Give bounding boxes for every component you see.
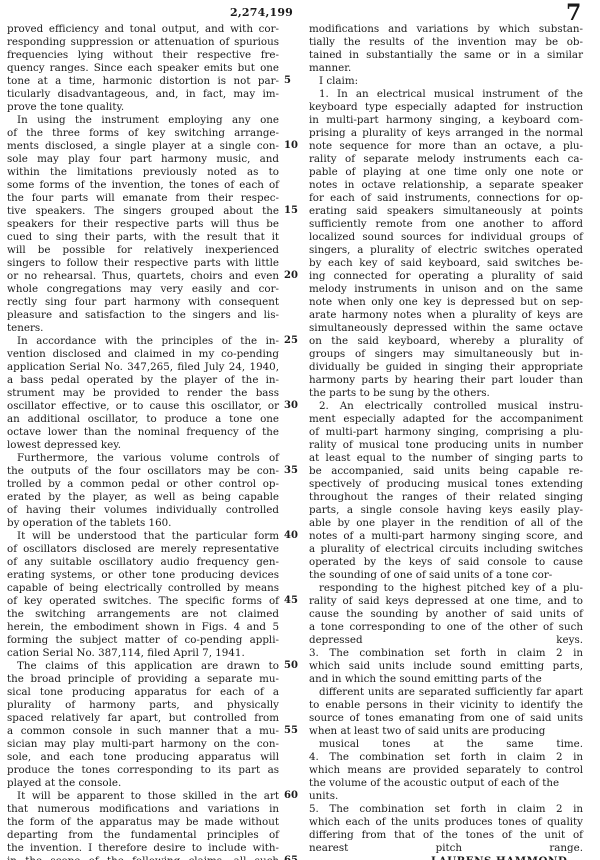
line-number: 60: [284, 790, 298, 801]
line-number: 30: [284, 400, 298, 411]
text-line: localized sound sources for individual g…: [309, 231, 583, 244]
text-line: octave lower than the nominal frequency …: [7, 426, 279, 439]
text-line: simultaneously depressed within the same…: [309, 322, 583, 335]
text-line: or no rehearsal. Thus, quartets, choirs …: [7, 270, 279, 283]
line-number: 45: [284, 595, 298, 606]
text-line: different units are separated sufficient…: [309, 686, 583, 699]
text-line: note sequence for more than an octave, a…: [309, 140, 583, 153]
patent-number: 2,274,199: [230, 6, 293, 19]
text-line: of oscillators disclosed are merely repr…: [7, 543, 279, 556]
text-line: when at least two of said units are prod…: [309, 725, 583, 738]
text-line: speakers for their respective parts will…: [7, 218, 279, 231]
text-line: able by one player in the rendition of a…: [309, 517, 583, 530]
text-line: sufficiently remote from one another to …: [309, 218, 583, 231]
text-line: rectly sing four part harmony with conse…: [7, 296, 279, 309]
text-line: tially the results of the invention may …: [309, 36, 583, 49]
text-line: herein, the embodiment shown in Figs. 4 …: [7, 621, 279, 634]
text-line: spaced relatively far apart, but control…: [7, 712, 279, 725]
text-line: cause the sounding by another of said un…: [309, 608, 583, 621]
text-line: source of tones emanating from one of sa…: [309, 712, 583, 725]
text-line: teners.: [7, 322, 279, 335]
line-number: 5: [284, 75, 291, 86]
text-line: played at the console.: [7, 777, 279, 790]
text-line: harmony parts by hearing their part loud…: [309, 374, 583, 387]
text-line: dividually be guided in singing their ap…: [309, 361, 583, 374]
text-line: singers to follow their respective parts…: [7, 257, 279, 270]
text-line: prove the tone quality.: [7, 101, 279, 114]
text-line: depressed keys.: [309, 634, 583, 647]
text-line: 2. An electrically controlled musical in…: [309, 400, 583, 413]
text-line: within the limitations previously noted …: [7, 166, 279, 179]
text-line: the broad principle of providing a separ…: [7, 673, 279, 686]
text-line: responding suppression or attenuation of…: [7, 36, 279, 49]
text-line: which each of the units produces tones o…: [309, 816, 583, 829]
text-line: spectively of producing musical tones ex…: [309, 478, 583, 491]
text-line: vention disclosed and claimed in my co-p…: [7, 348, 279, 361]
text-line: trolled by a common pedal or other contr…: [7, 478, 279, 491]
text-line: 1. In an electrical musical instrument o…: [309, 88, 583, 101]
text-line: tive speakers. The singers grouped about…: [7, 205, 279, 218]
text-line: It will be apparent to those skilled in …: [7, 790, 279, 803]
text-line: the sounding of one of said units of a t…: [309, 569, 583, 582]
text-line: oscillator effective, or to cause this o…: [7, 400, 279, 413]
text-line: erating said speakers simultaneously at …: [309, 205, 583, 218]
text-line: to enable persons in their vicinity to i…: [309, 699, 583, 712]
text-line: tone at a time, harmonic distortion is n…: [7, 75, 279, 88]
text-line: a bass pedal operated by the player of t…: [7, 374, 279, 387]
text-line: units.: [309, 790, 583, 803]
text-line: of key operated switches. The specific f…: [7, 595, 279, 608]
text-line: the outputs of the four oscillators may …: [7, 465, 279, 478]
text-line: pable of playing at one time only one no…: [309, 166, 583, 179]
text-line: capable of being electrically controlled…: [7, 582, 279, 595]
text-line: It will be understood that the particula…: [7, 530, 279, 543]
text-line: sical tone producing apparatus for each …: [7, 686, 279, 699]
text-line: of having their volumes individually con…: [7, 504, 279, 517]
text-line: some forms of the invention, the tones o…: [7, 179, 279, 192]
text-line: and in which the sound emitting parts of…: [309, 673, 583, 686]
text-line: 3. The combination set forth in claim 2 …: [309, 647, 583, 660]
text-line: parts, a single console having keys easi…: [309, 504, 583, 517]
text-line: the parts to be sung by the others.: [309, 387, 583, 400]
text-line: produce the tones corresponding to its p…: [7, 764, 279, 777]
text-line: tained in substantially the same or in a…: [309, 49, 583, 62]
text-line: be accompanied, said units being capable…: [309, 465, 583, 478]
line-number: 15: [284, 205, 298, 216]
text-line: prising a plurality of keys arranged in …: [309, 127, 583, 140]
text-line: in multi-part harmony singing, a keyboar…: [309, 114, 583, 127]
text-line: in the scope of the following claims, al…: [7, 855, 279, 860]
text-line: which said units include sound emitting …: [309, 660, 583, 673]
text-line: ing connected for operating a plurality …: [309, 270, 583, 283]
text-line: the switching arrangements are not claim…: [7, 608, 279, 621]
text-line: lowest depressed key.: [7, 439, 279, 452]
text-line: the form of the apparatus may be made wi…: [7, 816, 279, 829]
text-line: on the said keyboard, whereby a pluralit…: [309, 335, 583, 348]
text-line: Furthermore, the various volume controls…: [7, 452, 279, 465]
text-line: keyboard type especially adapted for ins…: [309, 101, 583, 114]
text-line: rality of separate melody instruments ea…: [309, 153, 583, 166]
line-number: 25: [284, 335, 298, 346]
text-line: differing from that of the tones of the …: [309, 829, 583, 842]
text-line: of any suitable oscillatory audio freque…: [7, 556, 279, 569]
text-line: 4. The combination set forth in claim 2 …: [309, 751, 583, 764]
line-number: 50: [284, 660, 298, 671]
inventor-signature: LAURENS HAMMOND.: [309, 855, 583, 860]
text-line: a plurality of electrical circuits inclu…: [309, 543, 583, 556]
text-line: throughout the ranges of their related s…: [309, 491, 583, 504]
text-line: ticularly disadvantageous, and, in fact,…: [7, 88, 279, 101]
text-line: pleasure and satisfaction to the singers…: [7, 309, 279, 322]
right-column: modifications and variations by which su…: [309, 23, 583, 860]
text-line: quency ranges. Since each speaker emits …: [7, 62, 279, 75]
text-line: erating systems, or other tone producing…: [7, 569, 279, 582]
text-line: for each of said instruments, connection…: [309, 192, 583, 205]
text-line: responding to the highest pitched key of…: [309, 582, 583, 595]
text-line: an additional oscillator, to produce a t…: [7, 413, 279, 426]
text-line: by operation of the tablets 160.: [7, 517, 279, 530]
line-number: 40: [284, 530, 298, 541]
text-line: by each key of said keyboard, said switc…: [309, 257, 583, 270]
text-line: groups of singers may simultaneously but…: [309, 348, 583, 361]
line-number: 20: [284, 270, 298, 281]
page-header: 2,274,199 7: [0, 0, 600, 22]
text-line: will be possible for relatively inexperi…: [7, 244, 279, 257]
text-line: the volume of the acoustic output of eac…: [309, 777, 583, 790]
text-line: whole congregations may very easily and …: [7, 283, 279, 296]
text-line: a common console in such manner that a m…: [7, 725, 279, 738]
text-line: modifications and variations by which su…: [309, 23, 583, 36]
text-line: cued to sing their parts, with the resul…: [7, 231, 279, 244]
text-line: plurality of harmony parts, and physical…: [7, 699, 279, 712]
text-line: musical tones at the same time.: [309, 738, 583, 751]
text-line: arate harmony notes when a plurality of …: [309, 309, 583, 322]
line-number: 55: [284, 725, 298, 736]
text-line: 5. The combination set forth in claim 2 …: [309, 803, 583, 816]
text-line: The claims of this application are drawn…: [7, 660, 279, 673]
text-line: departing from the fundamental principle…: [7, 829, 279, 842]
text-line: application Serial No. 347,265, filed Ju…: [7, 361, 279, 374]
text-line: rality of said keys depressed at one tim…: [309, 595, 583, 608]
text-line: of the three forms of key switching arra…: [7, 127, 279, 140]
text-line: rality of musical tone producing units i…: [309, 439, 583, 452]
text-line: ment especially adapted for the accompan…: [309, 413, 583, 426]
text-line: In using the instrument employing any on…: [7, 114, 279, 127]
text-line: sole may play four part harmony music, a…: [7, 153, 279, 166]
text-line: sician may play multi-part harmony on th…: [7, 738, 279, 751]
text-line: note when only one key is depressed but …: [309, 296, 583, 309]
text-line: ments disclosed, a single player at a si…: [7, 140, 279, 153]
text-line: melody instruments in unison and on the …: [309, 283, 583, 296]
left-column: proved efficiency and tonal output, and …: [7, 23, 279, 860]
text-line: nearest pitch range.: [309, 842, 583, 855]
text-line: the four parts will emanate from their r…: [7, 192, 279, 205]
text-line: sole, and each tone producing apparatus …: [7, 751, 279, 764]
text-line: forming the subject matter of co-pending…: [7, 634, 279, 647]
line-number: 65: [284, 855, 298, 860]
text-line: cation Serial No. 387,114, filed April 7…: [7, 647, 279, 660]
text-line: operated by the keys of said console to …: [309, 556, 583, 569]
text-line: which means are provided separately to c…: [309, 764, 583, 777]
text-line: at least equal to the number of singing …: [309, 452, 583, 465]
text-line: notes in octave relationship, a separate…: [309, 179, 583, 192]
text-line: manner.: [309, 62, 583, 75]
text-line: proved efficiency and tonal output, and …: [7, 23, 279, 36]
text-line: that numerous modifications and variatio…: [7, 803, 279, 816]
text-line: the invention. I therefore desire to inc…: [7, 842, 279, 855]
line-number: 10: [284, 140, 298, 151]
line-number: 35: [284, 465, 298, 476]
text-line: I claim:: [309, 75, 583, 88]
text-line: frequencies lying without their respecti…: [7, 49, 279, 62]
text-line: singers, a plurality of electric switche…: [309, 244, 583, 257]
text-line: notes of a multi-part harmony singing sc…: [309, 530, 583, 543]
text-line: In accordance with the principles of the…: [7, 335, 279, 348]
text-line: of multi-part harmony singing, comprisin…: [309, 426, 583, 439]
text-line: strument may be provided to render the b…: [7, 387, 279, 400]
text-line: erated by the player, as well as being c…: [7, 491, 279, 504]
text-line: a tone corresponding to one of the other…: [309, 621, 583, 634]
